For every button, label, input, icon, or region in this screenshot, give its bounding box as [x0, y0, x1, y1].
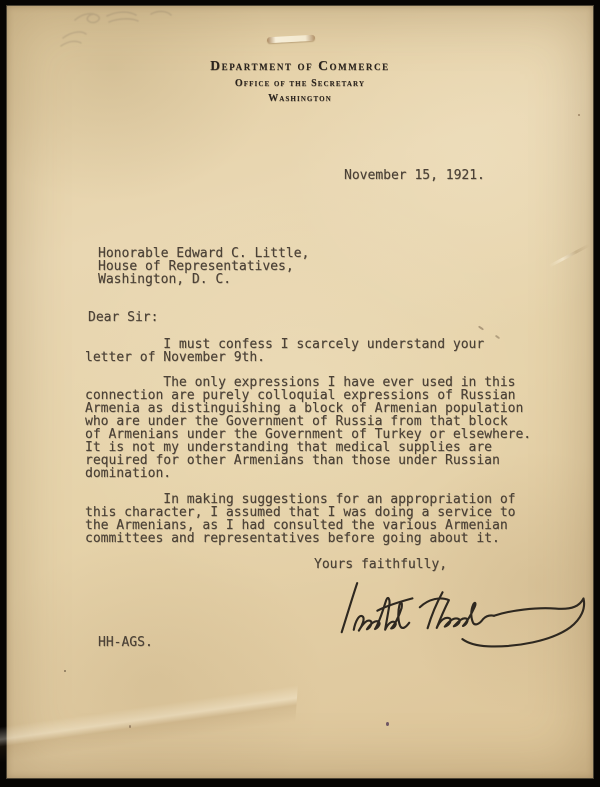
paper-speck: [386, 722, 389, 726]
pencil-tick: [495, 335, 500, 340]
typist-initials: HH-AGS.: [98, 636, 153, 649]
body-paragraph-2: The only expressions I have ever used in…: [85, 376, 531, 480]
pencil-tick: [478, 325, 484, 330]
staple-mark: [267, 35, 315, 44]
paper-speck: [129, 725, 131, 728]
letterhead-city: Washington: [7, 93, 593, 104]
scan-frame: Department of Commerce Office of the Sec…: [0, 0, 600, 787]
paper-crease: [0, 651, 299, 787]
body-paragraph-3: In making suggestions for an appropriati…: [85, 493, 515, 545]
salutation: Dear Sir:: [88, 311, 158, 324]
letterhead-department: Department of Commerce: [7, 58, 593, 74]
pencil-scribble: [47, 6, 177, 61]
body-paragraph-1: I must confess I scarcely understand you…: [85, 338, 484, 364]
paper-crease: [549, 244, 590, 268]
letterhead-office: Office of the Secretary: [7, 78, 593, 89]
signature: Herbert Hoover: [329, 568, 587, 660]
paper-speck: [578, 114, 580, 116]
paper-speck: [64, 670, 66, 672]
letter-page: Department of Commerce Office of the Sec…: [7, 6, 593, 778]
recipient-address: Honorable Edward C. Little, House of Rep…: [98, 247, 309, 286]
signature-script: [329, 568, 587, 660]
date-line: November 15, 1921.: [344, 169, 485, 182]
